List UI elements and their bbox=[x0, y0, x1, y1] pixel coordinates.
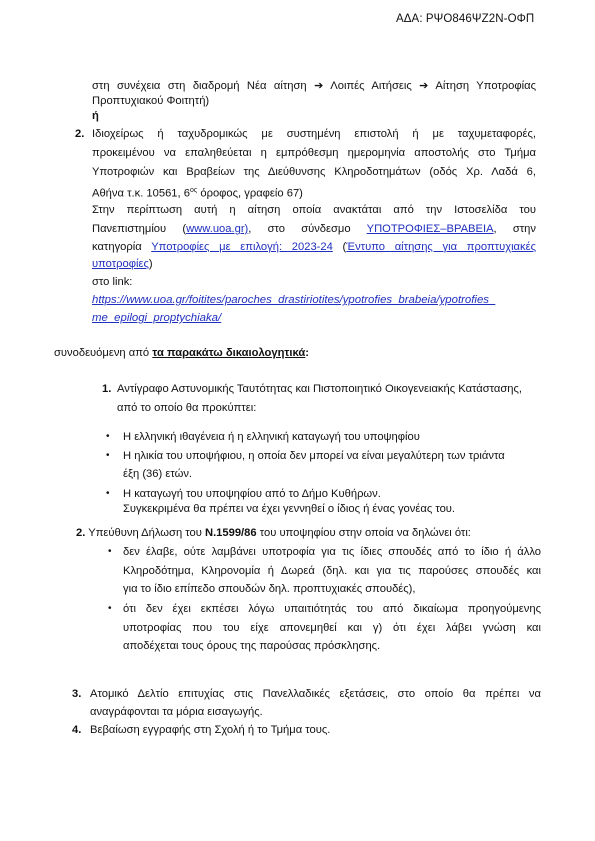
item2-address: Αθήνα τ.κ. 10561, 6ος όροφος, γραφείο 67… bbox=[92, 184, 303, 201]
case-text: ( bbox=[333, 241, 346, 253]
document-number: 3. bbox=[72, 687, 81, 701]
link-label: στο link: bbox=[92, 275, 132, 289]
case-text: Πανεπιστημίου ( bbox=[92, 223, 186, 235]
document-line: Ατομικό Δελτίο επιτυχίας στις Πανελλαδικ… bbox=[90, 687, 541, 701]
document-line: Αντίγραφο Αστυνομικής Ταυτότητας και Πισ… bbox=[117, 382, 522, 396]
item-number: 2. bbox=[75, 127, 84, 141]
document-number: 2. bbox=[76, 527, 85, 539]
address-text: όροφος, γραφείο 67) bbox=[197, 188, 303, 200]
bullet-item: Η καταγωγή του υποψηφίου από το Δήμο Κυθ… bbox=[123, 487, 381, 501]
bullet-item: Κληροδότημα, Κληρονομία ή Δωρεά (δηλ. κα… bbox=[123, 564, 541, 578]
intro-text: Αίτηση Υποτροφίας bbox=[429, 80, 536, 92]
documents-intro: συνοδευόμενη από τα παρακάτω δικαιολογητ… bbox=[54, 346, 309, 360]
case-text: , στην bbox=[494, 223, 536, 235]
document-number: 1. bbox=[102, 382, 111, 396]
document-text: Υπεύθυνη Δήλωση του bbox=[85, 527, 205, 539]
scholarships-link[interactable]: ΥΠΟΤΡΟΦΙΕΣ–ΒΡΑΒΕΙΑ bbox=[367, 223, 494, 235]
document-line: αναγράφονται τα μόρια εισαγωγής. bbox=[90, 705, 263, 719]
intro-line-1: στη συνέχεια στη διαδρομή Νέα αίτηση ➔ Λ… bbox=[92, 79, 536, 93]
bullet-icon: • bbox=[106, 430, 110, 444]
item2-line: Υποτροφιών και Βραβείων της Διεύθυνσης Κ… bbox=[92, 165, 536, 179]
document-line: Βεβαίωση εγγραφής στη Σχολή ή το Τμήμα τ… bbox=[90, 723, 330, 737]
document-text: του υποψηφίου στην οποία να δηλώνει ότι: bbox=[257, 527, 471, 539]
documents-heading: τα παρακάτω δικαιολογητικά bbox=[152, 347, 305, 359]
or-separator: ή bbox=[92, 109, 99, 123]
intro-text: στη συνέχεια στη διαδρομή Νέα αίτηση bbox=[92, 80, 314, 92]
bullet-icon: • bbox=[108, 545, 112, 559]
bullet-item: Η ηλικία του υποψήφιου, η οποία δεν μπορ… bbox=[123, 449, 505, 463]
case-text: κατηγορία bbox=[92, 241, 151, 253]
bullet-icon: • bbox=[108, 602, 112, 616]
case-text: ) bbox=[149, 258, 153, 270]
case-line-3: κατηγορία Υποτροφίες με επιλογή: 2023-24… bbox=[92, 240, 536, 254]
application-form-link[interactable]: Έντυπο αίτησης για προπτυχιακές bbox=[346, 241, 536, 253]
intro-text: συνοδευόμενη από bbox=[54, 347, 152, 359]
category-link[interactable]: Υποτροφίες με επιλογή: 2023-24 bbox=[151, 241, 333, 253]
document-2-line: 2. Υπεύθυνη Δήλωση του Ν.1599/86 του υπο… bbox=[76, 526, 471, 540]
item2-line: Ιδιοχείρως ή ταχυδρομικώς με συστημένη ε… bbox=[92, 127, 536, 141]
bullet-item: για το ίδιο επίπεδο σπουδών δηλ. προπτυχ… bbox=[123, 582, 416, 596]
intro-text: Λοιπές Αιτήσεις bbox=[323, 80, 419, 92]
document-number: 4. bbox=[72, 723, 81, 737]
uoa-link[interactable]: www.uoa.gr) bbox=[186, 223, 248, 235]
bullet-item: ότι δεν έχει εκπέσει λόγω υπαιτιότητάς τ… bbox=[123, 602, 541, 616]
url-link[interactable]: https://www.uoa.gr/foitites/paroches_dra… bbox=[92, 293, 495, 307]
bullet-icon: • bbox=[106, 449, 110, 463]
bullet-item: Συγκεκριμένα θα πρέπει να έχει γεννηθεί … bbox=[123, 502, 455, 516]
case-line-1: Στην περίπτωση αυτή η αίτηση οποία ανακτ… bbox=[92, 203, 536, 217]
bullet-item: δεν έλαβε, ούτε λαμβάνει υποτροφία για τ… bbox=[123, 545, 541, 559]
bullet-icon: • bbox=[106, 487, 110, 501]
bullet-item: υποτροφίας που του είχε απονεμηθεί και γ… bbox=[123, 621, 541, 635]
law-reference: Ν.1599/86 bbox=[205, 527, 257, 539]
bullet-item: αποδέχεται τους όρους της παρούσας πρόσκ… bbox=[123, 639, 380, 653]
case-line-2: Πανεπιστημίου (www.uoa.gr), στο σύνδεσμο… bbox=[92, 222, 536, 236]
colon: : bbox=[305, 347, 309, 359]
case-text: , στο σύνδεσμο bbox=[248, 223, 366, 235]
bullet-item: Η ελληνική ιθαγένεια ή η ελληνική καταγω… bbox=[123, 430, 420, 444]
arrow-right-icon: ➔ bbox=[419, 80, 428, 92]
case-line-4: υποτροφίες) bbox=[92, 257, 153, 271]
ada-code: ΑΔΑ: ΡΨΟ846ΨΖ2Ν-ΟΦΠ bbox=[396, 13, 534, 25]
item2-line: προκειμένου να επαληθεύεται η εμπρόθεσμη… bbox=[92, 146, 536, 160]
document-line: από το οποίο θα προκύπτει: bbox=[117, 401, 256, 415]
intro-line-2: Προπτυχιακού Φοιτητή) bbox=[92, 94, 209, 108]
application-form-link[interactable]: υποτροφίες bbox=[92, 258, 149, 270]
url-link[interactable]: me_epilogi_proptychiaka/ bbox=[92, 311, 221, 325]
address-text: Αθήνα τ.κ. 10561, 6 bbox=[92, 188, 190, 200]
bullet-item: έξη (36) ετών. bbox=[123, 467, 192, 481]
